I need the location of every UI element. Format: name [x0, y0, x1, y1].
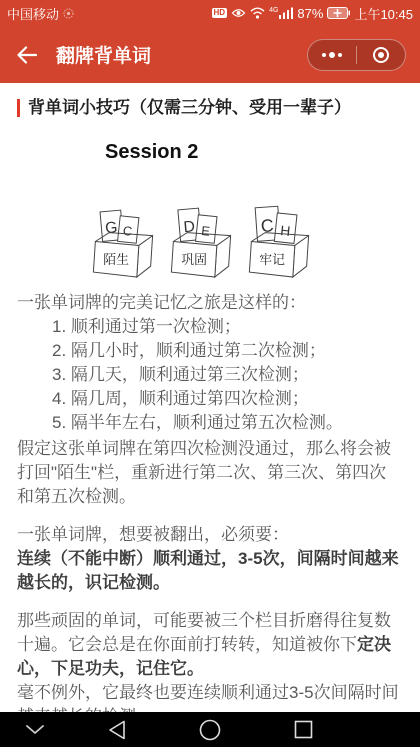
carrier-label: 中国移动 [7, 4, 59, 23]
paragraph-fallback: 假定这张单词牌在第四次检测没通过，那么将会被打回"陌生"栏，重新进行第二次、第三… [17, 437, 403, 509]
android-back-button[interactable] [99, 712, 135, 747]
paragraph-intro: 一张单词牌的完美记忆之旅是这样的： [17, 291, 403, 315]
signal-strength-icon: 4G [269, 7, 293, 19]
more-options-button[interactable] [308, 40, 356, 70]
box-label: 陌生 [103, 252, 129, 267]
box-label: 牢记 [259, 252, 285, 267]
list-item: 2. 隔几小时，顺利通过第二次检测； [52, 339, 403, 363]
android-recents-button[interactable] [285, 712, 321, 747]
session-title: Session 2 [105, 139, 403, 166]
page-title: 翻牌背单词 [56, 41, 151, 68]
card-boxes-illustration: G C 陌生 D E 巩固 [86, 204, 403, 281]
wifi-icon [250, 7, 265, 19]
network-type-label: 4G [269, 7, 278, 14]
clock-label: 上午10:45 [354, 4, 413, 23]
android-navigation-bar [0, 712, 420, 747]
miniprogram-capsule [307, 39, 406, 71]
exit-miniprogram-button[interactable] [357, 40, 405, 70]
paragraph-stubborn-words: 那些顽固的单词，可能要被三个栏目折磨得往复数十遍。它会总是在你面前打转转，知道被… [17, 609, 403, 681]
paragraph-requirement: 一张单词牌，想要被翻出，必须要： 连续（不能中断）顺利通过，3-5次，间隔时间越… [17, 523, 403, 595]
card-letter: E [201, 223, 211, 239]
back-button[interactable] [14, 42, 40, 68]
hide-navbar-button[interactable] [17, 712, 53, 747]
battery-percent-label: 87% [297, 6, 323, 21]
box-illustration-unfamiliar: G C 陌生 [86, 204, 160, 281]
card-letter: C [122, 223, 133, 239]
more-dots-icon [322, 52, 342, 58]
volte-icon [63, 8, 74, 19]
article-title: 背单词小技巧（仅需三分钟、受用一辈子） [28, 97, 351, 119]
recents-square-icon [294, 720, 313, 739]
box-illustration-memorized: C H 牢记 [242, 204, 316, 281]
requirement-intro: 一张单词牌，想要被翻出，必须要： [17, 525, 289, 544]
android-home-button[interactable] [192, 712, 228, 747]
list-item: 3. 隔几天，顺利通过第三次检测； [52, 363, 403, 387]
chevron-down-icon [26, 725, 44, 735]
status-bar: 中国移动 HD 4G 87% [0, 0, 420, 26]
list-item: 5. 隔半年左右，顺利通过第五次检测。 [52, 411, 403, 435]
battery-charging-icon [327, 7, 350, 19]
box-label: 巩固 [181, 252, 207, 267]
card-letter: H [280, 222, 292, 239]
memory-steps-list: 1. 顺利通过第一次检测； 2. 隔几小时，顺利通过第二次检测； 3. 隔几天，… [17, 315, 403, 435]
stubborn-text: 那些顽固的单词，可能要被三个栏目折磨得往复数十遍。它会总是在你面前打转转，知道被… [17, 611, 391, 654]
hd-voice-icon: HD [212, 8, 228, 18]
eye-comfort-icon [231, 7, 246, 19]
list-item: 4. 隔几周，顺利通过第四次检测； [52, 387, 403, 411]
header-accent-bar [17, 99, 20, 117]
nav-bar: 翻牌背单词 [0, 26, 420, 83]
back-arrow-icon [16, 45, 38, 65]
article-scroll-area[interactable]: 背单词小技巧（仅需三分钟、受用一辈子） Session 2 G C 陌生 D [0, 83, 420, 747]
back-triangle-icon [108, 720, 126, 740]
article-header: 背单词小技巧（仅需三分钟、受用一辈子） [17, 97, 403, 119]
home-circle-icon [199, 719, 221, 741]
requirement-bold: 连续（不能中断）顺利通过，3-5次，间隔时间越来越长的，识记检测。 [17, 549, 399, 592]
exit-circle-icon [373, 47, 389, 63]
list-item: 1. 顺利通过第一次检测； [52, 315, 403, 339]
box-illustration-consolidate: D E 巩固 [164, 204, 238, 281]
